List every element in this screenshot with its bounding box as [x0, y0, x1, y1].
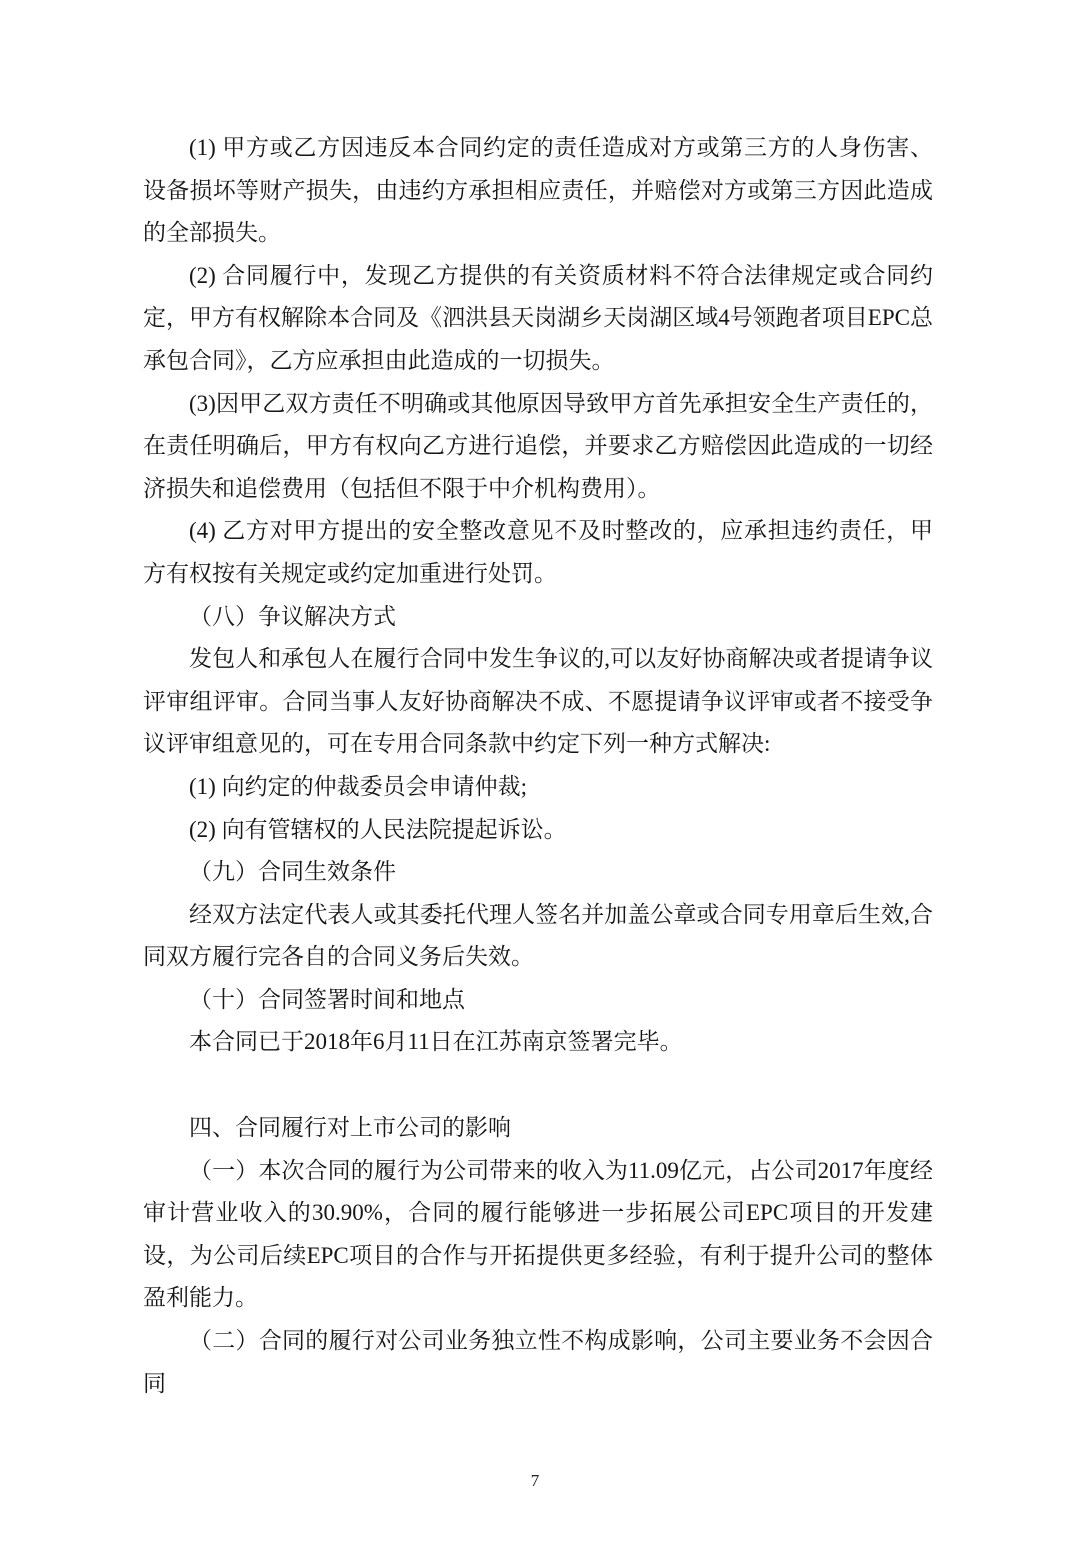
impact-item-2-independence: （二）合同的履行对公司业务独立性不构成影响，公司主要业务不会因合同	[143, 1320, 933, 1405]
dispute-resolution-text: 发包人和承包人在履行合同中发生争议的,可以友好协商解决或者提请争议评审组评审。合…	[143, 638, 933, 766]
section-8-heading-dispute-resolution: （八）争议解决方式	[143, 596, 933, 639]
section-9-heading-effectiveness: （九）合同生效条件	[143, 851, 933, 894]
clause-1-liability: (1) 甲方或乙方因违反本合同约定的责任造成对方或第三方的人身伤害、设备损坏等财…	[143, 127, 933, 255]
impact-item-1-revenue: （一）本次合同的履行为公司带来的收入为11.09亿元，占公司2017年度经审计营…	[143, 1150, 933, 1320]
dispute-option-litigation: (2) 向有管辖权的人民法院提起诉讼。	[143, 809, 933, 852]
part-4-heading-impact: 四、合同履行对上市公司的影响	[143, 1107, 933, 1150]
page-number: 7	[0, 1471, 1070, 1491]
clause-2-termination: (2) 合同履行中，发现乙方提供的有关资质材料不符合法律规定或合同约定，甲方有权…	[143, 255, 933, 383]
clause-4-rectification: (4) 乙方对甲方提出的安全整改意见不及时整改的，应承担违约责任，甲方有权按有关…	[143, 510, 933, 595]
signing-text: 本合同已于2018年6月11日在江苏南京签署完毕。	[143, 1021, 933, 1064]
clause-3-recourse: (3)因甲乙双方责任不明确或其他原因导致甲方首先承担安全生产责任的，在责任明确后…	[143, 383, 933, 511]
section-10-heading-signing: （十）合同签署时间和地点	[143, 979, 933, 1022]
document-page: (1) 甲方或乙方因违反本合同约定的责任造成对方或第三方的人身伤害、设备损坏等财…	[0, 0, 1070, 1543]
dispute-option-arbitration: (1) 向约定的仲裁委员会申请仲裁;	[143, 766, 933, 809]
document-body: (1) 甲方或乙方因违反本合同约定的责任造成对方或第三方的人身伤害、设备损坏等财…	[143, 127, 933, 1405]
effectiveness-text: 经双方法定代表人或其委托代理人签名并加盖公章或合同专用章后生效,合同双方履行完各…	[143, 894, 933, 979]
